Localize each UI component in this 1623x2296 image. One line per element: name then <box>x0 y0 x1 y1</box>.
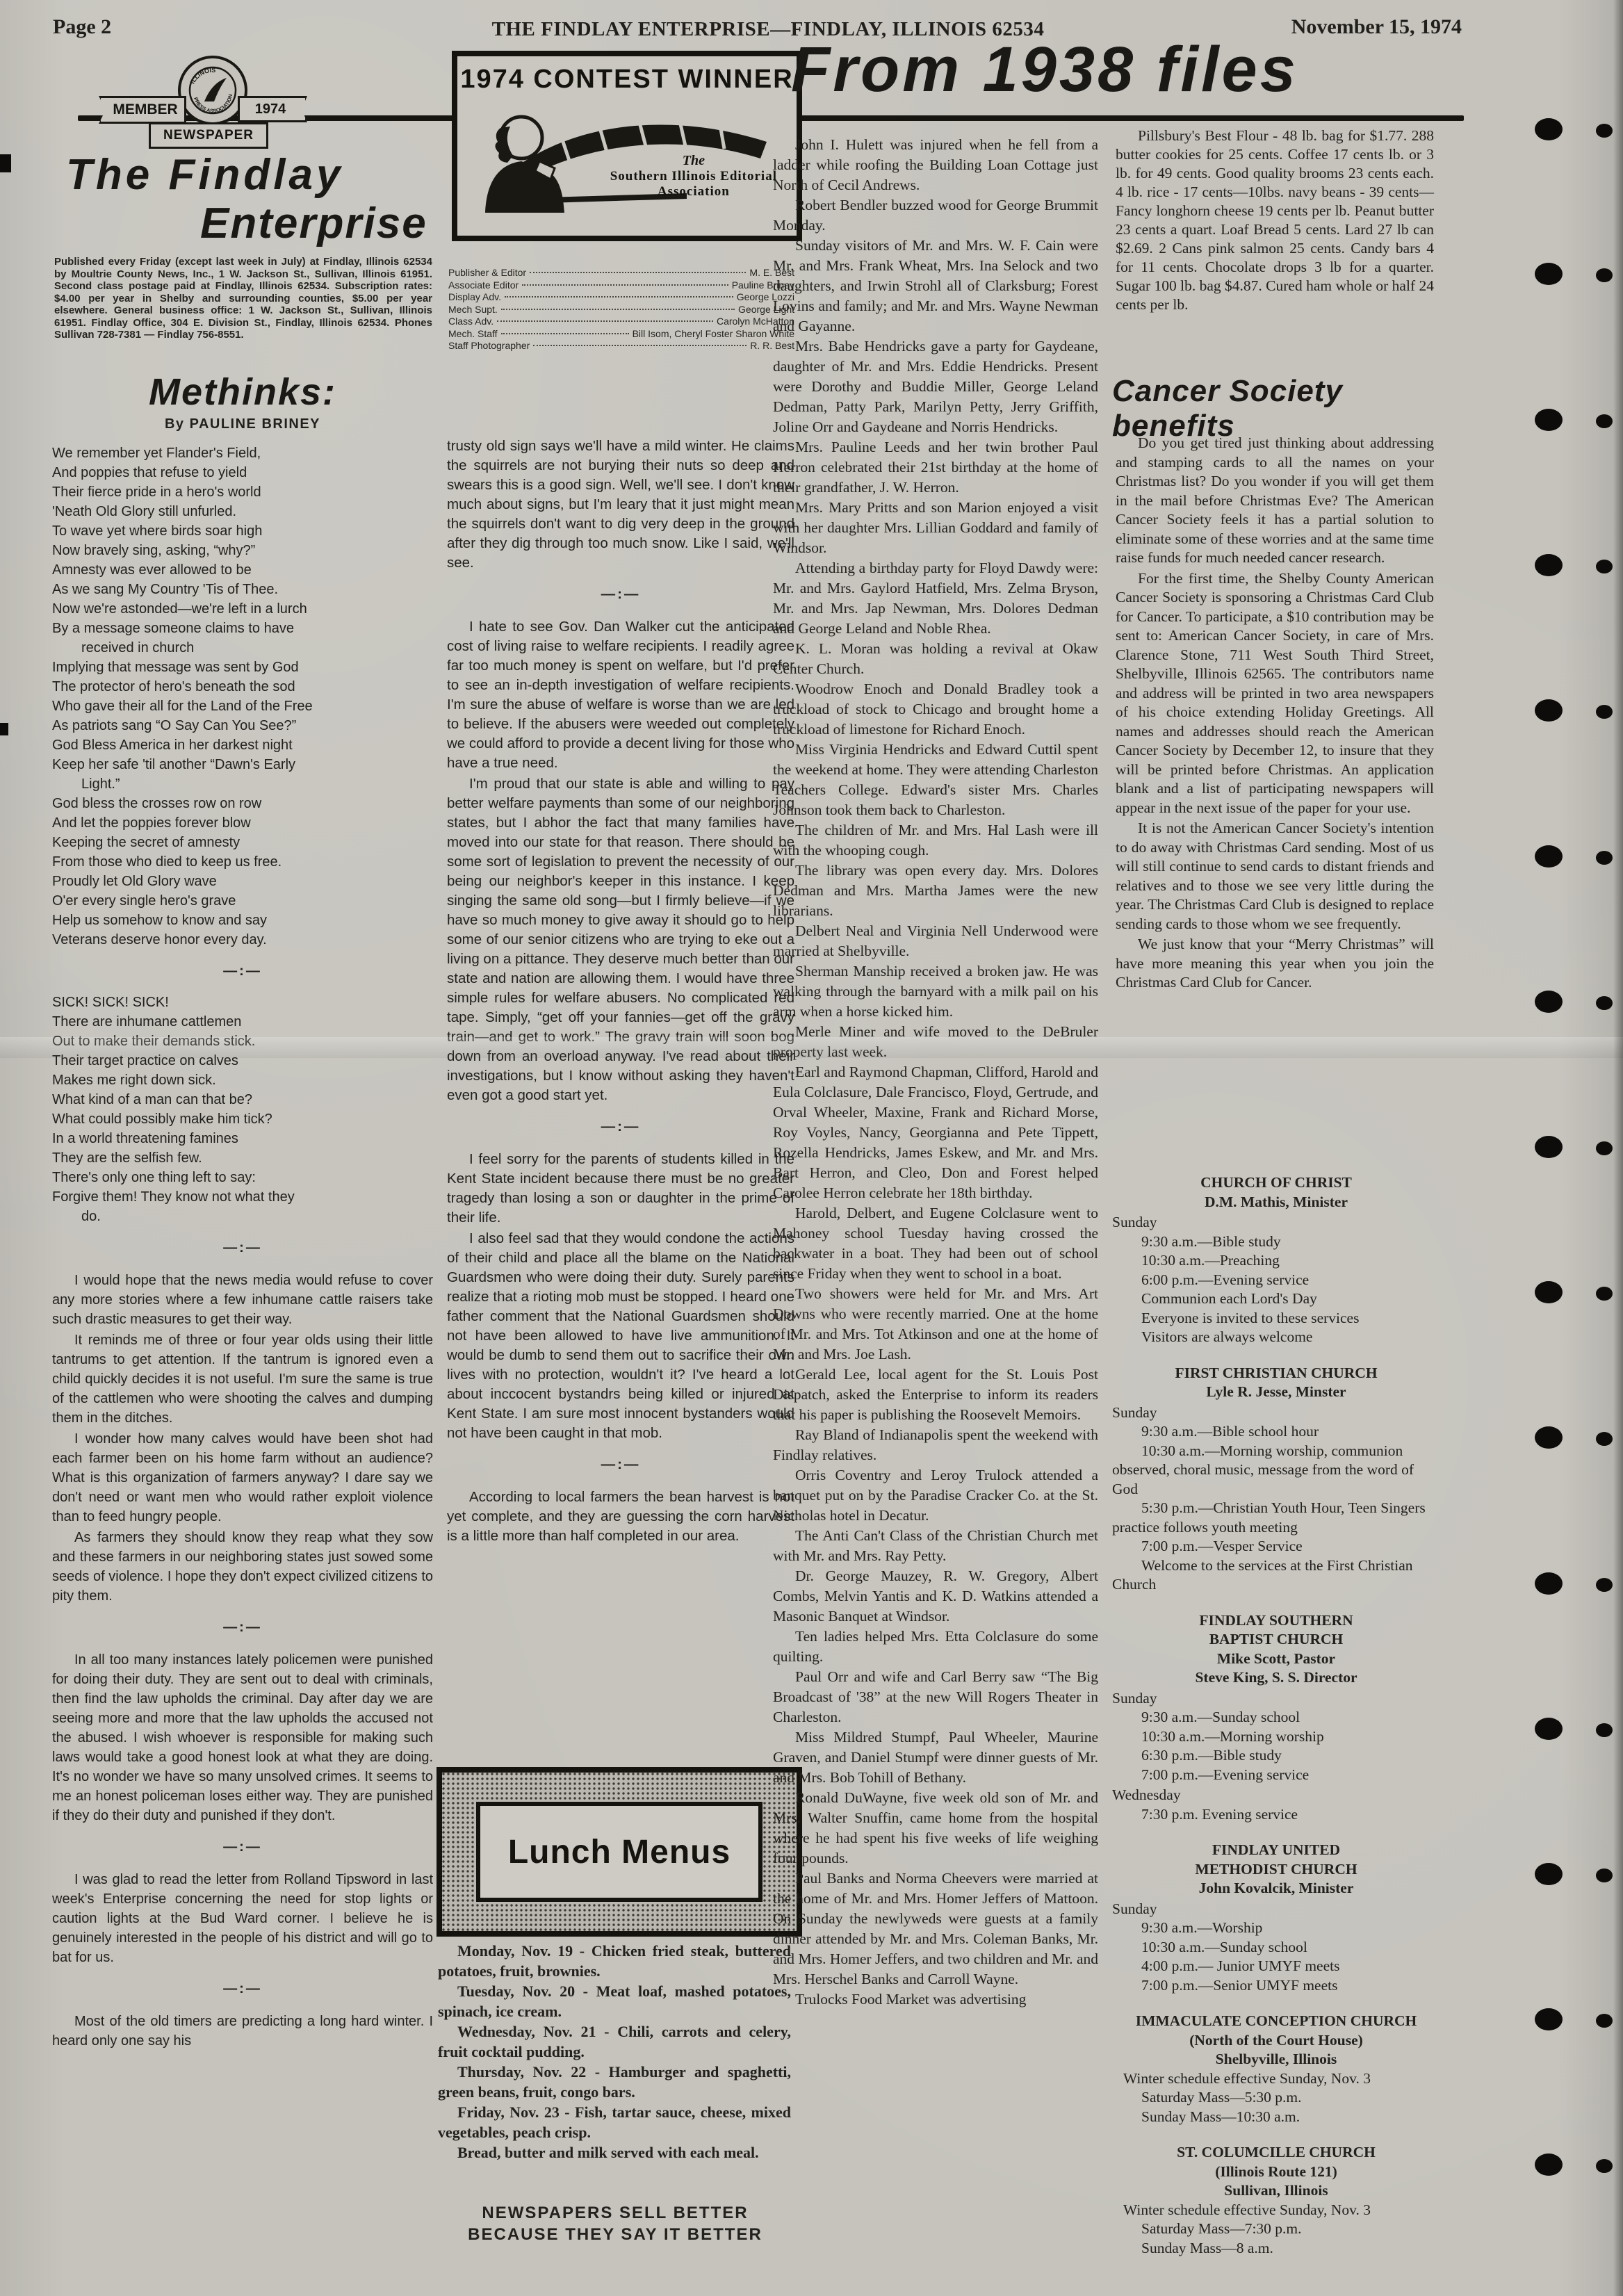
text-line: Attending a birthday party for Floyd Daw… <box>773 558 1098 639</box>
cancer-society-column: Do you get tired just thinking about add… <box>1116 432 1434 993</box>
text-line: 9:30 a.m.—Worship <box>1112 1919 1440 1938</box>
dot-leader <box>501 333 629 334</box>
text-line: Amnesty was ever allowed to be <box>52 560 433 580</box>
text-line: Trulocks Food Market was advertising <box>773 1989 1098 2010</box>
methinks-text-2: trusty old sign says we'll have a mild w… <box>447 437 794 1546</box>
text-line: Delbert Neal and Virginia Nell Underwood… <box>773 921 1098 961</box>
punch-hole-mark <box>1535 1572 1563 1595</box>
text-line: Sunday <box>1112 1900 1440 1919</box>
church-heading-line: Sullivan, Illinois <box>1112 2181 1440 2201</box>
punch-hole-mark <box>1535 1718 1563 1740</box>
text-line: Wednesday, Nov. 21 - Chili, carrots and … <box>438 2021 791 2062</box>
staff-role: Associate Editor <box>448 279 519 292</box>
punch-hole-mark <box>1596 2159 1613 2173</box>
text-line: Saturday Mass—7:30 p.m. <box>1112 2220 1440 2239</box>
org-name-line1: Southern Illinois Editorial <box>610 169 777 184</box>
section-divider: —:— <box>52 1606 433 1649</box>
text-line: Miss Mildred Stumpf, Paul Wheeler, Mauri… <box>773 1727 1098 1788</box>
text-line: I hate to see Gov. Dan Walker cut the an… <box>447 617 794 773</box>
text-line: I also feel sad that they would condone … <box>447 1229 794 1443</box>
text-line: Sunday visitors of Mr. and Mrs. W. F. Ca… <box>773 236 1098 336</box>
staff-row: Mech Supt.George Light <box>448 304 794 316</box>
text-line: received in church <box>52 638 433 658</box>
church-heading-line: Mike Scott, Pastor <box>1112 1650 1440 1669</box>
text-line: 'Neath Old Glory still unfurled. <box>52 502 433 521</box>
scan-artifact <box>0 154 11 172</box>
text-line: Light.” <box>52 774 433 794</box>
text-line: For the first time, the Shelby County Am… <box>1116 569 1434 818</box>
lunch-menu-list: Monday, Nov. 19 - Chicken fried steak, b… <box>438 1941 791 2163</box>
text-line: Wednesday <box>1112 1786 1440 1805</box>
staff-role: Mech. Staff <box>448 328 498 341</box>
text-line: 9:30 a.m.—Sunday school <box>1112 1708 1440 1727</box>
staff-role: Class Adv. <box>448 316 494 328</box>
text-line: Friday, Nov. 23 - Fish, tartar sauce, ch… <box>438 2102 791 2142</box>
text-line: Most of the old timers are predicting a … <box>52 2012 433 2051</box>
text-line: According to local farmers the bean harv… <box>447 1488 794 1546</box>
section-divider: —:— <box>52 1825 433 1868</box>
punch-hole-mark <box>1596 1287 1613 1301</box>
scan-edge-shadow <box>1613 0 1623 2296</box>
text-line: 9:30 a.m.—Bible study <box>1112 1232 1440 1252</box>
staff-box: Publisher & EditorM. E. Best Associate E… <box>448 267 794 352</box>
illinois-press-association-seal: ILLINOIS PRESS ASSOCIATION <box>178 56 247 125</box>
editorial-association-label: The Southern Illinois Editorial Associat… <box>610 153 777 200</box>
text-line: K. L. Moran was holding a revival at Oka… <box>773 639 1098 679</box>
contest-winner-title: 1974 CONTEST WINNER <box>457 65 797 95</box>
text-line: Monday, Nov. 19 - Chicken fried steak, b… <box>438 1941 791 1981</box>
text-line: Now we're astonded—we're left in a lurch <box>52 599 433 619</box>
text-line: Pillsbury's Best Flour - 48 lb. bag for … <box>1116 127 1434 314</box>
text-line: Dr. George Mauzey, R. W. Gregory, Albert… <box>773 1566 1098 1627</box>
text-line: Woodrow Enoch and Donald Bradley took a … <box>773 679 1098 740</box>
text-line: I would hope that the news media would r… <box>52 1271 433 1329</box>
text-line: There's only one thing left to say: <box>52 1168 433 1187</box>
text-line: Harold, Delbert, and Eugene Colclasure w… <box>773 1203 1098 1284</box>
dot-leader <box>522 284 728 286</box>
staff-row: Mech. StaffBill Isom, Cheryl Foster Shar… <box>448 328 794 341</box>
punch-hole-mark <box>1596 996 1613 1010</box>
punch-hole-mark <box>1596 1868 1613 1882</box>
staff-name: Bill Isom, Cheryl Foster Sharon White <box>633 328 794 341</box>
punch-hole-mark <box>1596 1723 1613 1737</box>
cancer-society-text: Do you get tired just thinking about add… <box>1116 434 1434 993</box>
text-line: 4:00 p.m.— Junior UMYF meets <box>1112 1957 1440 1976</box>
text-line: Winter schedule effective Sunday, Nov. 3 <box>1112 2201 1440 2220</box>
text-line: Now bravely sing, asking, “why?” <box>52 541 433 560</box>
text-line: Welcome to the services at the First Chr… <box>1112 1556 1440 1595</box>
text-line: Keeping the secret of amnesty <box>52 833 433 852</box>
punch-hole-mark <box>1535 118 1563 140</box>
text-line: trusty old sign says we'll have a mild w… <box>447 437 794 573</box>
church-heading-line: Shelbyville, Illinois <box>1112 2050 1440 2069</box>
text-line: God Bless America in her darkest night <box>52 735 433 755</box>
section-divider: —:— <box>52 1967 433 2010</box>
text-line: I'm proud that our state is able and wil… <box>447 774 794 1105</box>
text-line: Who gave their all for the Land of the F… <box>52 697 433 716</box>
text-line: Paul Orr and wife and Carl Berry saw “Th… <box>773 1667 1098 1727</box>
text-line: SICK! SICK! SICK! <box>52 993 433 1012</box>
text-line: Proudly let Old Glory wave <box>52 872 433 891</box>
text-line: Everyone is invited to these services <box>1112 1309 1440 1328</box>
text-line: Sunday Mass—10:30 a.m. <box>1112 2108 1440 2127</box>
section-divider: —:— <box>447 1443 794 1486</box>
text-line: To wave yet where birds soar high <box>52 521 433 541</box>
church-heading-line: IMMACULATE CONCEPTION CHURCH <box>1112 2012 1440 2031</box>
text-line: The Anti Can't Class of the Christian Ch… <box>773 1526 1098 1566</box>
text-line: Ten ladies helped Mrs. Etta Colclasure d… <box>773 1627 1098 1667</box>
text-line: Do you get tired just thinking about add… <box>1116 434 1434 568</box>
text-line: 7:00 p.m.—Senior UMYF meets <box>1112 1976 1440 1996</box>
punch-hole-mark <box>1596 705 1613 719</box>
text-line: Sunday <box>1112 1689 1440 1709</box>
text-line: O'er every single hero's grave <box>52 891 433 911</box>
methinks-byline: By PAULINE BRINEY <box>52 416 433 432</box>
text-line: In all too many instances lately policem… <box>52 1650 433 1825</box>
text-line: 10:30 a.m.—Morning worship <box>1112 1727 1440 1747</box>
church-heading-line: (Illinois Route 121) <box>1112 2163 1440 2182</box>
staff-row: Associate EditorPauline Briney <box>448 279 794 292</box>
masthead-title-line1: The Findlay <box>66 150 343 200</box>
text-line: And poppies that refuse to yield <box>52 463 433 482</box>
contest-winner-illustration: The Southern Illinois Editorial Associat… <box>457 95 797 218</box>
punch-hole-mark <box>1596 560 1613 573</box>
text-line: Sherman Manship received a broken jaw. H… <box>773 961 1098 1022</box>
punch-hole-mark <box>1535 409 1563 431</box>
text-line: Thursday, Nov. 22 - Hamburger and spaghe… <box>438 2062 791 2102</box>
text-line: We just know that your “Merry Christmas”… <box>1116 935 1434 993</box>
text-line: 10:30 a.m.—Sunday school <box>1112 1938 1440 1957</box>
staff-row: Display Adv.George Lozzi <box>448 291 794 304</box>
text-line: The children of Mr. and Mrs. Hal Lash we… <box>773 820 1098 861</box>
text-line: Mrs. Pauline Leeds and her twin brother … <box>773 437 1098 498</box>
text-line: Gerald Lee, local agent for the St. Loui… <box>773 1365 1098 1425</box>
text-line: Paul Banks and Norma Cheevers were marri… <box>773 1868 1098 1989</box>
text-line: Visitors are always welcome <box>1112 1328 1440 1347</box>
punch-hole-mark <box>1535 699 1563 722</box>
year-ribbon: 1974 <box>238 96 307 122</box>
text-line: Ronald DuWayne, five week old son of Mr.… <box>773 1788 1098 1868</box>
methinks-column-1: Methinks: By PAULINE BRINEY We remember … <box>52 371 433 2051</box>
staff-role: Mech Supt. <box>448 304 498 316</box>
punch-hole-mark <box>1535 263 1563 285</box>
text-line: Out to make their demands stick. <box>52 1032 433 1051</box>
text-line: 10:30 a.m.—Morning worship, communion ob… <box>1112 1442 1440 1499</box>
org-name-line2: Association <box>610 184 777 200</box>
church-heading-line: FIRST CHRISTIAN CHURCH <box>1112 1364 1440 1383</box>
slogan-line-2: BECAUSE THEY SAY IT BETTER <box>445 2224 785 2245</box>
text-line: Merle Miner and wife moved to the DeBrul… <box>773 1022 1098 1062</box>
text-line: 6:30 p.m.—Bible study <box>1112 1746 1440 1766</box>
text-line: Robert Bendler buzzed wood for George Br… <box>773 195 1098 236</box>
newspaper-ribbon: NEWSPAPER <box>149 122 268 149</box>
punch-hole-mark <box>1535 1281 1563 1303</box>
text-line: Mrs. Mary Pritts and son Marion enjoyed … <box>773 498 1098 558</box>
text-line: Sunday <box>1112 1213 1440 1232</box>
punch-hole-mark <box>1535 991 1563 1013</box>
text-line: I was glad to read the letter from Rolla… <box>52 1870 433 1967</box>
methinks-text-1: We remember yet Flander's Field,And popp… <box>52 443 433 2051</box>
text-line: Sunday Mass—8 a.m. <box>1112 2239 1440 2258</box>
text-line: It is not the American Cancer Society's … <box>1116 819 1434 934</box>
staff-row: Class Adv.Carolyn McHatton <box>448 316 794 328</box>
punch-hole-mark <box>1535 1863 1563 1885</box>
text-line: Earl and Raymond Chapman, Clifford, Haro… <box>773 1062 1098 1203</box>
text-line: What kind of a man can that be? <box>52 1090 433 1109</box>
church-heading-line: BAPTIST CHURCH <box>1112 1630 1440 1650</box>
slogan-line-1: NEWSPAPERS SELL BETTER <box>445 2202 785 2224</box>
text-line: Orris Coventry and Leroy Trulock attende… <box>773 1465 1098 1526</box>
text-line: Keep her safe 'til another “Dawn's Early <box>52 755 433 774</box>
church-heading-line: D.M. Mathis, Minister <box>1112 1193 1440 1212</box>
text-line: Bread, butter and milk served with each … <box>438 2142 791 2163</box>
text-line: They are the selfish few. <box>52 1148 433 1168</box>
text-line: Implying that message was sent by God <box>52 658 433 677</box>
text-line: Forgive them! They know not what they <box>52 1187 433 1207</box>
scan-artifact <box>0 723 8 735</box>
lunch-menus-title: Lunch Menus <box>476 1802 762 1902</box>
church-heading-line: Steve King, S. S. Director <box>1112 1668 1440 1688</box>
newspapers-slogan: NEWSPAPERS SELL BETTER BECAUSE THEY SAY … <box>445 2202 785 2245</box>
text-line: 5:30 p.m.—Christian Youth Hour, Teen Sin… <box>1112 1499 1440 1537</box>
text-line: God bless the crosses row on row <box>52 794 433 813</box>
text-line: 6:00 p.m.—Evening service <box>1112 1271 1440 1290</box>
staff-row: Publisher & EditorM. E. Best <box>448 267 794 279</box>
text-line: Sunday <box>1112 1403 1440 1423</box>
punch-hole-mark <box>1535 554 1563 576</box>
text-line: Tuesday, Nov. 20 - Meat loaf, mashed pot… <box>438 1981 791 2021</box>
text-line: As we sang My Country 'Tis of Thee. <box>52 580 433 599</box>
church-heading-line: John Kovalcik, Minister <box>1112 1879 1440 1898</box>
staff-role: Staff Photographer <box>448 340 530 352</box>
staff-role: Publisher & Editor <box>448 267 526 279</box>
church-listing-lines: CHURCH OF CHRISTD.M. Mathis, MinisterSun… <box>1112 1173 1440 2258</box>
punch-hole-mark <box>1535 2008 1563 2030</box>
text-line: Their target practice on calves <box>52 1051 433 1070</box>
text-line: do. <box>52 1207 433 1226</box>
church-heading-line: Lyle R. Jesse, Minster <box>1112 1383 1440 1402</box>
dot-leader <box>497 320 713 322</box>
text-line: As farmers they should know they reap wh… <box>52 1528 433 1606</box>
punch-hole-mark <box>1596 851 1613 865</box>
punch-hole-mark <box>1596 268 1613 282</box>
church-listings: CHURCH OF CHRISTD.M. Mathis, MinisterSun… <box>1112 1173 1440 2258</box>
press-association-badge: ILLINOIS PRESS ASSOCIATION MEMBER 1974 N… <box>103 56 304 146</box>
text-line: It reminds me of three or four year olds… <box>52 1330 433 1428</box>
text-line: Communion each Lord's Day <box>1112 1289 1440 1309</box>
punch-hole-mark <box>1535 1426 1563 1449</box>
section-divider: —:— <box>52 1226 433 1269</box>
punch-hole-mark <box>1596 1432 1613 1446</box>
punch-hole-mark <box>1596 414 1613 428</box>
contest-winner-box: 1974 CONTEST WINNER The Southern Illinoi… <box>452 51 802 241</box>
press-seal-art: ILLINOIS PRESS ASSOCIATION <box>183 61 242 120</box>
from-1938-files-title: From 1938 files <box>791 33 1298 106</box>
masthead-title-line2: Enterprise <box>200 199 427 248</box>
punch-hole-mark <box>1596 124 1613 138</box>
text-line: I feel sorry for the parents of students… <box>447 1150 794 1228</box>
dot-leader <box>533 345 747 346</box>
punch-hole-mark <box>1596 1578 1613 1592</box>
staff-row: Staff PhotographerR. R. Best <box>448 340 794 352</box>
publication-info: Published every Friday (except last week… <box>54 256 432 341</box>
text-line: What could possibly make him tick? <box>52 1109 433 1129</box>
from-1938-text-1: John I. Hulett was injured when he fell … <box>773 135 1098 2010</box>
text-line: And let the poppies forever blow <box>52 813 433 833</box>
text-line: By a message someone claims to have <box>52 619 433 638</box>
newspaper-page: Page 2 THE FINDLAY ENTERPRISE—FINDLAY, I… <box>0 0 1623 2296</box>
text-line: There are inhumane cattlemen <box>52 1012 433 1032</box>
text-line: Winter schedule effective Sunday, Nov. 3 <box>1112 2069 1440 2089</box>
punch-hole-mark <box>1596 2014 1613 2028</box>
issue-date: November 15, 1974 <box>1291 15 1462 39</box>
text-line: The library was open every day. Mrs. Dol… <box>773 861 1098 921</box>
punch-hole-mark <box>1535 1136 1563 1158</box>
church-heading-line: FINDLAY UNITED <box>1112 1841 1440 1860</box>
section-divider: —:— <box>447 573 794 616</box>
punch-hole-mark <box>1596 1141 1613 1155</box>
church-heading-line: FINDLAY SOUTHERN <box>1112 1611 1440 1631</box>
church-heading-line: (North of the Court House) <box>1112 2031 1440 2051</box>
org-the: The <box>610 153 777 169</box>
from-1938-column-1: John I. Hulett was injured when he fell … <box>773 135 1098 2010</box>
text-line: 7:00 p.m.—Vesper Service <box>1112 1537 1440 1556</box>
section-divider: —:— <box>52 950 433 993</box>
text-line: Miss Virginia Hendricks and Edward Cutti… <box>773 740 1098 820</box>
staff-role: Display Adv. <box>448 291 501 304</box>
text-line: Ray Bland of Indianapolis spent the week… <box>773 1425 1098 1465</box>
text-line: Two showers were held for Mr. and Mrs. A… <box>773 1284 1098 1365</box>
member-ribbon: MEMBER <box>99 96 186 124</box>
text-line: 7:30 p.m. Evening service <box>1112 1805 1440 1825</box>
text-line: In a world threatening famines <box>52 1129 433 1148</box>
text-line: 9:30 a.m.—Bible school hour <box>1112 1422 1440 1442</box>
text-line: We remember yet Flander's Field, <box>52 443 433 463</box>
text-line: Their fierce pride in a hero's world <box>52 482 433 502</box>
dot-leader <box>505 296 733 298</box>
methinks-title: Methinks: <box>52 371 433 414</box>
dot-leader <box>501 309 735 310</box>
church-heading-line: METHODIST CHURCH <box>1112 1860 1440 1880</box>
text-line: Help us somehow to know and say <box>52 911 433 930</box>
section-divider: —:— <box>447 1105 794 1148</box>
from-1938-column-2: Pillsbury's Best Flour - 48 lb. bag for … <box>1116 127 1434 314</box>
lunch-menus-box: Lunch Menus <box>437 1767 802 1937</box>
text-line: John I. Hulett was injured when he fell … <box>773 135 1098 195</box>
text-line: I wonder how many calves would have been… <box>52 1429 433 1526</box>
text-line: 10:30 a.m.—Preaching <box>1112 1251 1440 1271</box>
punch-hole-mark <box>1535 2153 1563 2176</box>
from-1938-text-2: Pillsbury's Best Flour - 48 lb. bag for … <box>1116 127 1434 314</box>
text-line: Makes me right down sick. <box>52 1070 433 1090</box>
punch-hole-mark <box>1535 845 1563 868</box>
methinks-column-2: trusty old sign says we'll have a mild w… <box>447 437 794 1546</box>
text-line: The protector of hero's beneath the sod <box>52 677 433 697</box>
text-line: Saturday Mass—5:30 p.m. <box>1112 2088 1440 2108</box>
text-line: From those who died to keep us free. <box>52 852 433 872</box>
text-line: Veterans deserve honor every day. <box>52 930 433 950</box>
seal-quill-glyph <box>204 78 227 101</box>
church-heading-line: ST. COLUMCILLE CHURCH <box>1112 2143 1440 2163</box>
text-line: Mrs. Babe Hendricks gave a party for Gay… <box>773 336 1098 437</box>
text-line: As patriots sang “O Say Can You See?” <box>52 716 433 735</box>
dot-leader <box>530 272 746 273</box>
lunch-menu-items: Monday, Nov. 19 - Chicken fried steak, b… <box>438 1941 791 2163</box>
church-heading-line: CHURCH OF CHRIST <box>1112 1173 1440 1193</box>
text-line: 7:00 p.m.—Evening service <box>1112 1766 1440 1785</box>
